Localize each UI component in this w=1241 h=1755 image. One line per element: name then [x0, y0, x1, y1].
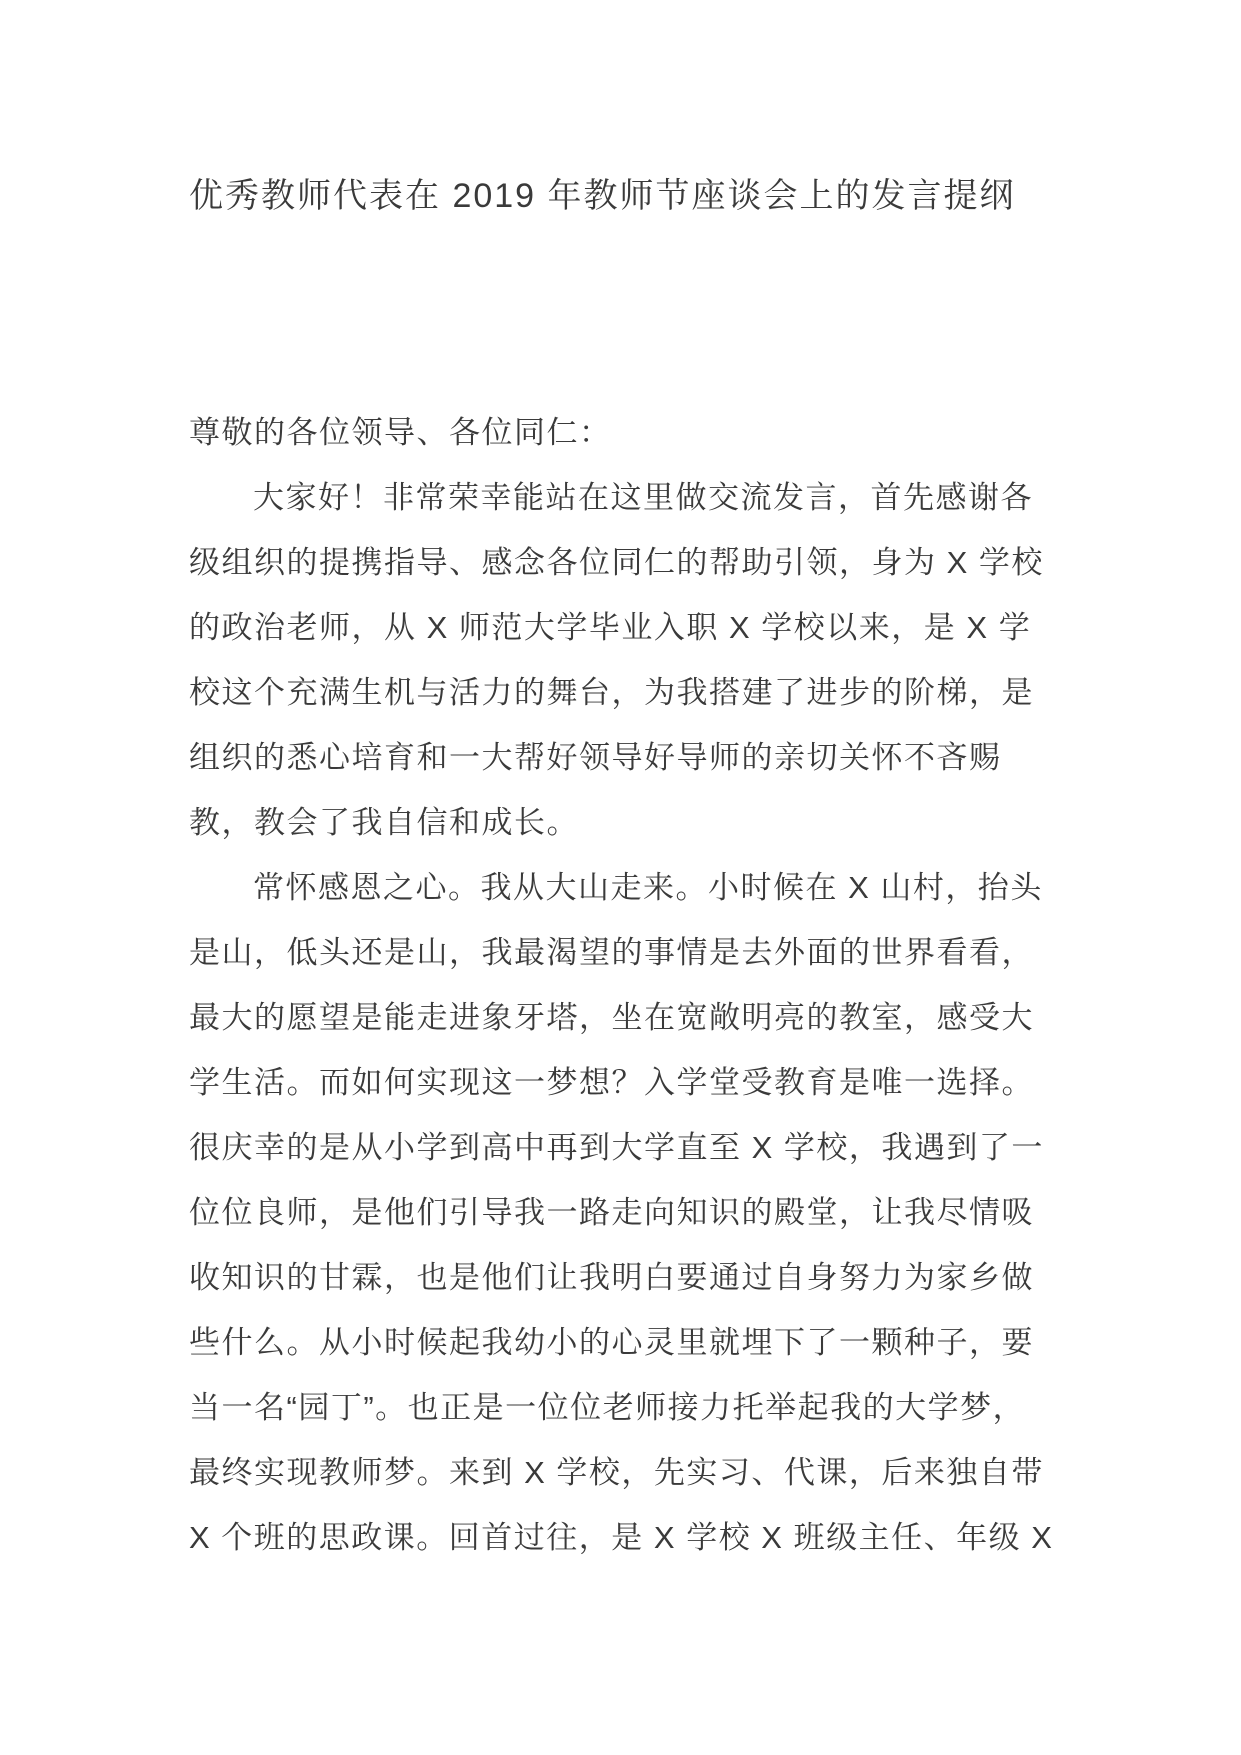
text-line: X 个班的思政课。回首过往，是 X 学校 X 班级主任、年级 X [189, 1505, 1089, 1570]
text-line: 位位良师，是他们引导我一路走向知识的殿堂，让我尽情吸 [189, 1180, 1089, 1245]
document-title: 优秀教师代表在 2019 年教师节座谈会上的发言提纲 [189, 174, 1013, 218]
text-line: 级组织的提携指导、感念各位同仁的帮助引领，身为 X 学校 [189, 530, 1089, 595]
text-line: 些什么。从小时候起我幼小的心灵里就埋下了一颗种子，要 [189, 1310, 1089, 1375]
text-line: 的政治老师，从 X 师范大学毕业入职 X 学校以来，是 X 学 [189, 595, 1089, 660]
document-page: 优秀教师代表在 2019 年教师节座谈会上的发言提纲 尊敬的各位领导、各位同仁：… [0, 0, 1241, 1755]
text-line: 当一名“园丁”。也正是一位位老师接力托举起我的大学梦， [189, 1375, 1089, 1440]
text-line: 尊敬的各位领导、各位同仁： [189, 400, 1089, 465]
text-line: 组织的悉心培育和一大帮好领导好导师的亲切关怀不吝赐 [189, 725, 1089, 790]
text-line: 是山，低头还是山，我最渴望的事情是去外面的世界看看， [189, 920, 1089, 985]
text-line: 教，教会了我自信和成长。 [189, 790, 1089, 855]
text-line: 大家好！非常荣幸能站在这里做交流发言，首先感谢各 [189, 465, 1089, 530]
text-line: 学生活。而如何实现这一梦想？入学堂受教育是唯一选择。 [189, 1050, 1089, 1115]
document-body: 尊敬的各位领导、各位同仁：大家好！非常荣幸能站在这里做交流发言，首先感谢各级组织… [189, 400, 1089, 1570]
text-line: 校这个充满生机与活力的舞台，为我搭建了进步的阶梯，是 [189, 660, 1089, 725]
text-line: 常怀感恩之心。我从大山走来。小时候在 X 山村，抬头 [189, 855, 1089, 920]
text-line: 很庆幸的是从小学到高中再到大学直至 X 学校，我遇到了一 [189, 1115, 1089, 1180]
text-line: 最大的愿望是能走进象牙塔，坐在宽敞明亮的教室，感受大 [189, 985, 1089, 1050]
text-line: 收知识的甘霖，也是他们让我明白要通过自身努力为家乡做 [189, 1245, 1089, 1310]
text-line: 最终实现教师梦。来到 X 学校，先实习、代课，后来独自带 [189, 1440, 1089, 1505]
